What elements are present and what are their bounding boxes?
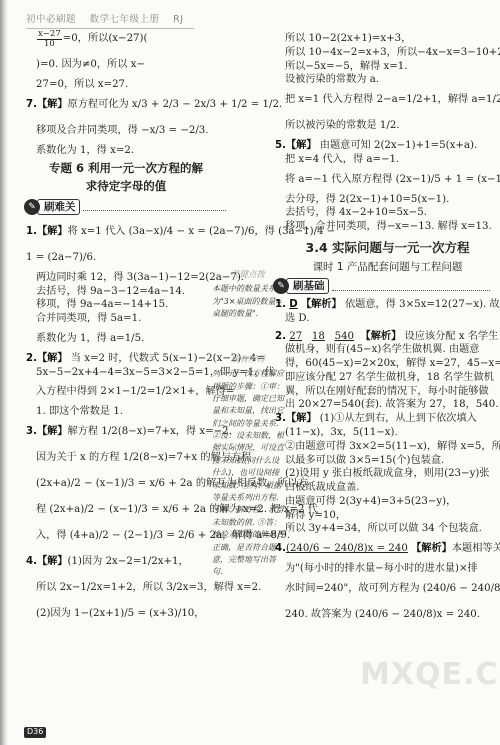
question-7: 7. 【解】 原方程可化为 x/3 + 2/3 − 2x/3 + 1/2 = 1…	[26, 92, 226, 118]
lesson-title: 课时 1 产品配套问题与工程问题	[285, 260, 490, 274]
solution-line: 所以 10−2(2x+1)=x+3，	[285, 32, 490, 46]
solution-line: (2x+a)/2 − (x−1)/3 = x/6 + 2a 的解互为相反数，所以…	[26, 471, 226, 497]
pencil-icon: ✎	[24, 199, 40, 215]
question-2: 2.【解】 当 x=2 时，代数式 5(x−1)−2(x−2)−4=	[26, 352, 226, 366]
solution-line: 去括号，得 9a−3−12=4a−14.	[26, 285, 226, 299]
solution-line: 翼，所以在刚好配套的情况下，每小时能够做	[285, 385, 490, 399]
solution-line: 即应该分配 27 名学生做机身，18 名学生做机	[285, 371, 490, 385]
note-title-takeaway: 刷有所得	[212, 355, 284, 366]
section-badge-hard: ✎ 刷难关	[24, 199, 226, 215]
solution-line: 以最多可以做 3×5=15(个)包装盒.	[285, 454, 490, 468]
answer-3: 3.【解】 (1)①从左到右，从上到下依次填入	[275, 412, 490, 426]
solution-line: 入，得 (4+a)/2 − (2−1)/3 = 2/6 + 2a，解得 a=8/…	[26, 523, 226, 549]
badge-label: 刷基础	[286, 278, 329, 294]
continued-solution-line: )=0. 因为 ≠0，所以 x−	[26, 52, 226, 78]
note-body-takeaway: 列一元一次方程解应用题的步骤：①审：仔细审题，确定已知量和未知量，找出它们之间的…	[212, 368, 284, 579]
question-4: 4.【解】 (1)因为 2x−2=1/2x+1，	[26, 549, 226, 575]
solution-line: 做机身，则有(45−x)名学生做机翼. 由题意	[285, 343, 490, 357]
topic-title: 专题 6 利用一元一次方程的解	[26, 161, 226, 177]
solution-line: 移项，得 9a−4a=−14+15.	[26, 298, 226, 312]
dotted-leader	[83, 202, 227, 211]
solution-line: 所以 10−4x−2=x+3，所以−4x−x=3−10+2，	[285, 46, 490, 60]
page-number: D36	[24, 727, 46, 738]
solution-line: 1. 即这个常数是 1.	[26, 405, 226, 419]
solution-line: 移项及合并同类项，得 −x/3 = −2/3.	[26, 118, 226, 144]
question-3: 3.【解】 解方程 1/2(8−x)=7+x，得 x=−2.	[26, 419, 226, 445]
solution-line: 为"(每小时的排水量−每小时的进水量)×排	[285, 562, 490, 576]
solution-line: 选 D.	[285, 312, 490, 326]
side-notes: 关键点拨 本题中的数量关系为"3×桌面的数量=桌腿的数量". 刷有所得 列一元一…	[212, 270, 284, 579]
question-5: 5.【解】 由题意可知 2(2x−1)+1=5(x+a).	[275, 139, 490, 153]
solution-line: 把 x=1 代入方程得 2−a=1/2+1，解得 a=1/2.	[285, 87, 490, 113]
solution-line: 把 x=4 代入，得 a=−1.	[285, 153, 490, 167]
answer-4: 4. (240/6 − 240/8)x = 240 【解析】 本题相等关系	[275, 536, 490, 562]
solution-line: 解得 y=10，	[285, 509, 490, 523]
continued-solution-line: 27=0，所以 x=27.	[26, 78, 226, 92]
page-edge-shadow	[0, 0, 8, 745]
solution-line: 两边同时乘 12，得 3(3a−1)−12=2(2a−7).	[26, 271, 226, 285]
solution-line: 程 (2x+a)/2 − (x−1)/3 = x/6 + 2a 的解为 x=2.…	[26, 497, 226, 523]
solution-line: 系数化为 1，得 a=1/5.	[26, 326, 226, 352]
solution-line: 去分母，得 2(2x−1)+10=5(x−1).	[285, 193, 490, 207]
solution-line: 白板纸裁成盒盖.	[285, 481, 490, 495]
solution-line: 设被污染的常数为 a.	[285, 73, 490, 87]
header-series: 初中必刷题	[26, 14, 76, 25]
answer-2: 2. 27 18 540 【解析】 设应该分配 x 名学生	[275, 330, 490, 344]
solution-line: 入方程中得到 2×1−1/2=1/2×1+，解得=	[26, 379, 226, 405]
solution-line: 移项、合并同类项，得−x=−13. 解得 x=13.	[285, 220, 490, 234]
solution-line: 所以 2x−1/2x=1+2，所以 3/2x=3，解得 x=2.	[26, 575, 226, 601]
solution-line: 合并同类项，得 5a=1.	[26, 312, 226, 326]
solution-line: 出 20×27=540(套). 故答案为 27，18，540.	[285, 398, 490, 412]
topic-subtitle: 求待定字母的值	[26, 179, 226, 195]
header-edition: RJ	[173, 14, 183, 25]
solution-line: 所以 3y+4=34，所以可以做 34 个包装盒.	[285, 522, 490, 536]
solution-line: (11−x)，3x，5(11−x).	[285, 426, 490, 440]
right-column: 所以 10−2(2x+1)=x+3， 所以 10−4x−2=x+3，所以−4x−…	[285, 26, 490, 628]
solution-line: 系数化为 1，得 x=2.	[26, 144, 226, 158]
fraction: x−2710	[37, 30, 62, 49]
solution-line: 所以被污染的常数是 1/2.	[285, 113, 490, 139]
section-badge-basic: ✎ 刷基础	[273, 278, 490, 294]
solution-line: 得，60(45−x)=2×20x，解得 x=27，45−x=18，	[285, 357, 490, 371]
solution-line: 1 = (2a−7)/6.	[26, 245, 226, 271]
pencil-icon: ✎	[273, 278, 289, 294]
left-column: x−2710 =0，所以(x−27)( )=0. 因为 ≠0，所以 x− 27=…	[26, 26, 226, 627]
solution-line: 由题意可得 2(3y+4)=3+5(23−y)，	[285, 495, 490, 509]
solution-line: 所以−5x=−5，解得 x=1.	[285, 60, 490, 74]
dotted-leader	[332, 282, 491, 291]
watermark: MXQE.COM	[360, 655, 500, 696]
solution-line: 将 a=−1 代入原方程得 (2x−1)/5 + 1 = (x−1)/2，	[285, 167, 490, 193]
solution-line: (2)因为 1−(2x+1)/5 = (x+3)/10，	[26, 601, 226, 627]
solution-line: 240. 故答案为 (240/6 − 240/8)x = 240.	[285, 602, 490, 628]
header-subject: 数学七年级上册	[90, 14, 160, 25]
solution-line: 因为关于 x 的方程 1/2(8−x)=7+x 的解与方程	[26, 445, 226, 471]
answer-1: 1. D 【解析】 依题意，得 3×5x=12(27−x). 故	[275, 298, 490, 312]
continued-solution-line: x−2710 =0，所以(x−27)(	[26, 26, 226, 52]
question-1: 1.【解】 将 x=1 代入 (3a−x)/4 − x = (2a−7)/6，得…	[26, 219, 226, 245]
solution-line: ②由题意可得 3x×2=5(11−x)，解得 x=5，所	[285, 440, 490, 454]
badge-label: 刷难关	[37, 199, 80, 215]
solution-line: 水时间=240"，故可列方程为 (240/6 − 240/8)x =	[285, 576, 490, 602]
solution-line: 去括号，得 4x−2+10=5x−5.	[285, 206, 490, 220]
section-title: 3.4 实际问题与一元一次方程	[285, 240, 490, 257]
solution-line: (2)设用 y 张白板纸裁成盒身，则用(23−y)张	[285, 467, 490, 481]
solution-line: 5x−5−2x+4−4=3x−5=3×2−5=1，即 y=1，代	[26, 366, 226, 380]
